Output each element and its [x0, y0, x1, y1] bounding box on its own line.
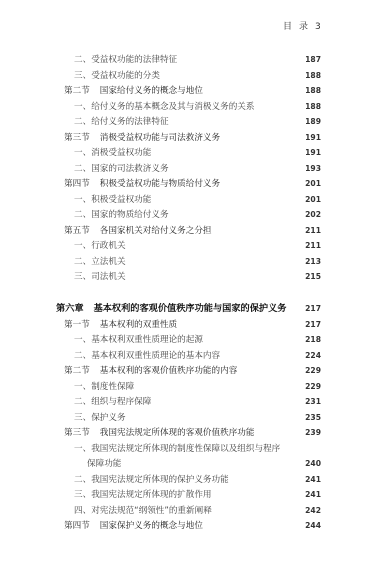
- toc-entry-title: 一、消极受益权功能: [74, 146, 151, 160]
- toc-page-number: 188: [305, 100, 321, 114]
- toc-entry-title: 一、行政机关: [74, 239, 126, 253]
- toc-entry-title: 二、给付义务的法律特征: [74, 115, 169, 129]
- toc-section-entry: 第四节国家保护义务的概念与地位244: [0, 519, 390, 533]
- toc-entry-number: 第六章: [56, 303, 84, 314]
- running-header: 目录3: [283, 19, 328, 32]
- toc-entry-title: 二、受益权功能的法律特征: [74, 53, 177, 67]
- toc-page-number: 224: [305, 349, 321, 363]
- toc-entry-number: 第一节: [64, 320, 90, 330]
- toc-subsection-entry: 二、给付义务的法律特征189: [0, 115, 390, 129]
- toc-subsection-entry: 二、我国宪法规定所体现的保护义务功能241: [0, 473, 390, 487]
- toc-subsection-entry: 二、基本权利双重性质理论的基本内容224: [0, 349, 390, 363]
- toc-entry-title: 一、制度性保障: [74, 380, 134, 394]
- toc-subsection-entry: 二、组织与程序保障231: [0, 395, 390, 409]
- toc-page-number: 244: [305, 519, 321, 533]
- toc-entry-title: 二、国家的司法救济义务: [74, 162, 169, 176]
- toc-page-number: 217: [305, 302, 321, 316]
- toc-entry-text: 一、基本权利双重性质理论的起源: [74, 335, 203, 345]
- toc-subsection-entry: 保障功能240: [0, 457, 390, 471]
- toc-entry-text: 国家保护义务的概念与地位: [100, 521, 203, 531]
- toc-page-number: 201: [305, 193, 321, 207]
- toc-page-number: 187: [305, 53, 321, 67]
- toc-entry-title: 第六章基本权利的客观价值秩序功能与国家的保护义务: [56, 302, 287, 316]
- toc-page-number: 235: [305, 411, 321, 425]
- toc-entry-text: 二、给付义务的法律特征: [74, 117, 169, 127]
- toc-page-number: 231: [305, 395, 321, 409]
- toc-page-number: 215: [305, 270, 321, 284]
- toc-page-number: 241: [305, 488, 321, 502]
- toc-entry-text: 一、行政机关: [74, 241, 126, 251]
- toc-entry-text: 一、消极受益权功能: [74, 148, 151, 158]
- toc-entry-title: 一、积极受益权功能: [74, 193, 151, 207]
- toc-page-number: 191: [305, 146, 321, 160]
- toc-entry-title: 二、组织与程序保障: [74, 395, 151, 409]
- toc-page-number: 239: [305, 426, 321, 440]
- toc-entry-text: 各国家机关对给付义务之分担: [100, 226, 212, 236]
- toc-entry-text: 二、国家的司法救济义务: [74, 164, 169, 174]
- toc-entry-title: 第四节国家保护义务的概念与地位: [64, 519, 203, 533]
- toc-entry-text: 二、基本权利双重性质理论的基本内容: [74, 351, 220, 361]
- toc-section-entry: 第二节基本权利的客观价值秩序功能的内容229: [0, 364, 390, 378]
- toc-entry-number: 第四节: [64, 179, 90, 189]
- toc-subsection-entry: 三、受益权功能的分类188: [0, 69, 390, 83]
- toc-page-number: 217: [305, 318, 321, 332]
- toc-entry-text: 一、我国宪法规定所体现的制度性保障以及组织与程序: [74, 444, 280, 454]
- toc-entry-title: 二、国家的物质给付义务: [74, 208, 169, 222]
- toc-subsection-entry: 三、司法机关215: [0, 270, 390, 284]
- toc-entry-text: 基本权利的双重性质: [100, 320, 177, 330]
- toc-entry-text: 一、制度性保障: [74, 382, 134, 392]
- toc-section-entry: 第三节消极受益权功能与司法救济义务191: [0, 131, 390, 145]
- toc-subsection-entry: 一、我国宪法规定所体现的制度性保障以及组织与程序: [0, 442, 390, 456]
- toc-entry-title: 三、保护义务: [74, 411, 126, 425]
- toc-entry-text: 二、国家的物质给付义务: [74, 210, 169, 220]
- toc-page-number: 193: [305, 162, 321, 176]
- toc-entry-title: 保障功能: [87, 457, 121, 471]
- toc-page-number: 218: [305, 333, 321, 347]
- toc-entry-text: 基本权利的客观价值秩序功能的内容: [100, 366, 238, 376]
- toc-page-number: 188: [305, 84, 321, 98]
- toc-page-number: 229: [305, 364, 321, 378]
- toc-entry-text: 一、积极受益权功能: [74, 195, 151, 205]
- toc-subsection-entry: 四、对宪法规范“纲领性”的重新阐释242: [0, 504, 390, 518]
- toc-subsection-entry: 二、立法机关213: [0, 255, 390, 269]
- toc-entry-text: 保障功能: [87, 459, 121, 469]
- toc-entry-title: 第四节积极受益权功能与物质给付义务: [64, 177, 220, 191]
- toc-entry-number: 第三节: [64, 133, 90, 143]
- toc-entry-title: 三、司法机关: [74, 270, 126, 284]
- toc-page-number: 191: [305, 131, 321, 145]
- toc-entry-number: 第二节: [64, 366, 90, 376]
- toc-entry-title: 第一节基本权利的双重性质: [64, 318, 177, 332]
- toc-subsection-entry: 二、国家的物质给付义务202: [0, 208, 390, 222]
- page-number: 3: [315, 22, 322, 32]
- toc-entry-title: 三、我国宪法规定所体现的扩散作用: [74, 488, 212, 502]
- toc-entry-title: 一、给付义务的基本概念及其与消极义务的关系: [74, 100, 254, 114]
- header-label: 目: [283, 22, 293, 32]
- toc-entry-text: 国家给付义务的概念与地位: [100, 86, 203, 96]
- toc-page-number: 211: [305, 224, 321, 238]
- toc-section-entry: 第二节国家给付义务的概念与地位188: [0, 84, 390, 98]
- toc-entry-title: 第二节国家给付义务的概念与地位: [64, 84, 203, 98]
- toc-entry-title: 二、立法机关: [74, 255, 126, 269]
- toc-entry-text: 一、给付义务的基本概念及其与消极义务的关系: [74, 102, 254, 112]
- toc-section-entry: 第一节基本权利的双重性质217: [0, 318, 390, 332]
- toc-entry-title: 四、对宪法规范“纲领性”的重新阐释: [74, 504, 212, 518]
- toc-entry-text: 三、保护义务: [74, 413, 126, 423]
- header-label: 录: [299, 22, 309, 32]
- toc-section-entry: 第三节我国宪法规定所体现的客观价值秩序功能239: [0, 426, 390, 440]
- toc-subsection-entry: 一、消极受益权功能191: [0, 146, 390, 160]
- toc-section-entry: 第四节积极受益权功能与物质给付义务201: [0, 177, 390, 191]
- toc-subsection-entry: 一、基本权利双重性质理论的起源218: [0, 333, 390, 347]
- toc-entry-number: 第三节: [64, 428, 90, 438]
- toc-page-number: 213: [305, 255, 321, 269]
- toc-entry-text: 三、司法机关: [74, 272, 126, 282]
- toc-entry-text: 积极受益权功能与物质给付义务: [100, 179, 220, 189]
- toc-page-number: 241: [305, 473, 321, 487]
- toc-chapter-entry: 第六章基本权利的客观价值秩序功能与国家的保护义务217: [0, 302, 390, 316]
- toc-entry-title: 第三节我国宪法规定所体现的客观价值秩序功能: [64, 426, 255, 440]
- toc-page-number: 242: [305, 504, 321, 518]
- toc-subsection-entry: 三、我国宪法规定所体现的扩散作用241: [0, 488, 390, 502]
- toc-entry-title: 一、我国宪法规定所体现的制度性保障以及组织与程序: [74, 442, 280, 456]
- toc-subsection-entry: 一、给付义务的基本概念及其与消极义务的关系188: [0, 100, 390, 114]
- toc-page-number: 211: [305, 239, 321, 253]
- toc-entry-title: 第二节基本权利的客观价值秩序功能的内容: [64, 364, 237, 378]
- toc-subsection-entry: 二、国家的司法救济义务193: [0, 162, 390, 176]
- toc-page-number: 189: [305, 115, 321, 129]
- toc-entry-title: 二、基本权利双重性质理论的基本内容: [74, 349, 220, 363]
- toc-entry-number: 第四节: [64, 521, 90, 531]
- toc-entry-text: 二、我国宪法规定所体现的保护义务功能: [74, 475, 229, 485]
- toc-subsection-entry: 二、受益权功能的法律特征187: [0, 53, 390, 67]
- toc-subsection-entry: 一、行政机关211: [0, 239, 390, 253]
- toc-page-number: 240: [305, 457, 321, 471]
- toc-entry-text: 二、受益权功能的法律特征: [74, 55, 177, 65]
- toc-page-number: 229: [305, 380, 321, 394]
- toc-subsection-entry: 一、积极受益权功能201: [0, 193, 390, 207]
- toc-page-number: 202: [305, 208, 321, 222]
- toc-entry-text: 三、受益权功能的分类: [74, 71, 160, 81]
- toc-entry-text: 我国宪法规定所体现的客观价值秩序功能: [100, 428, 255, 438]
- toc-entry-text: 消极受益权功能与司法救济义务: [100, 133, 220, 143]
- toc-entry-title: 三、受益权功能的分类: [74, 69, 160, 83]
- toc-subsection-entry: 三、保护义务235: [0, 411, 390, 425]
- toc-subsection-entry: 一、制度性保障229: [0, 380, 390, 394]
- toc-entry-text: 基本权利的客观价值秩序功能与国家的保护义务: [94, 303, 287, 314]
- toc-entry-number: 第二节: [64, 86, 90, 96]
- toc-entry-text: 二、立法机关: [74, 257, 126, 267]
- toc-page-number: 188: [305, 69, 321, 83]
- toc-entry-title: 一、基本权利双重性质理论的起源: [74, 333, 203, 347]
- toc-section-entry: 第五节各国家机关对给付义务之分担211: [0, 224, 390, 238]
- toc-entry-title: 二、我国宪法规定所体现的保护义务功能: [74, 473, 229, 487]
- toc-entry-title: 第五节各国家机关对给付义务之分担: [64, 224, 212, 238]
- toc-entry-text: 二、组织与程序保障: [74, 397, 151, 407]
- toc-entry-title: 第三节消极受益权功能与司法救济义务: [64, 131, 220, 145]
- toc-page-number: 201: [305, 177, 321, 191]
- toc-entry-text: 三、我国宪法规定所体现的扩散作用: [74, 490, 212, 500]
- toc-entry-number: 第五节: [64, 226, 90, 236]
- toc-entry-text: 四、对宪法规范“纲领性”的重新阐释: [74, 506, 212, 516]
